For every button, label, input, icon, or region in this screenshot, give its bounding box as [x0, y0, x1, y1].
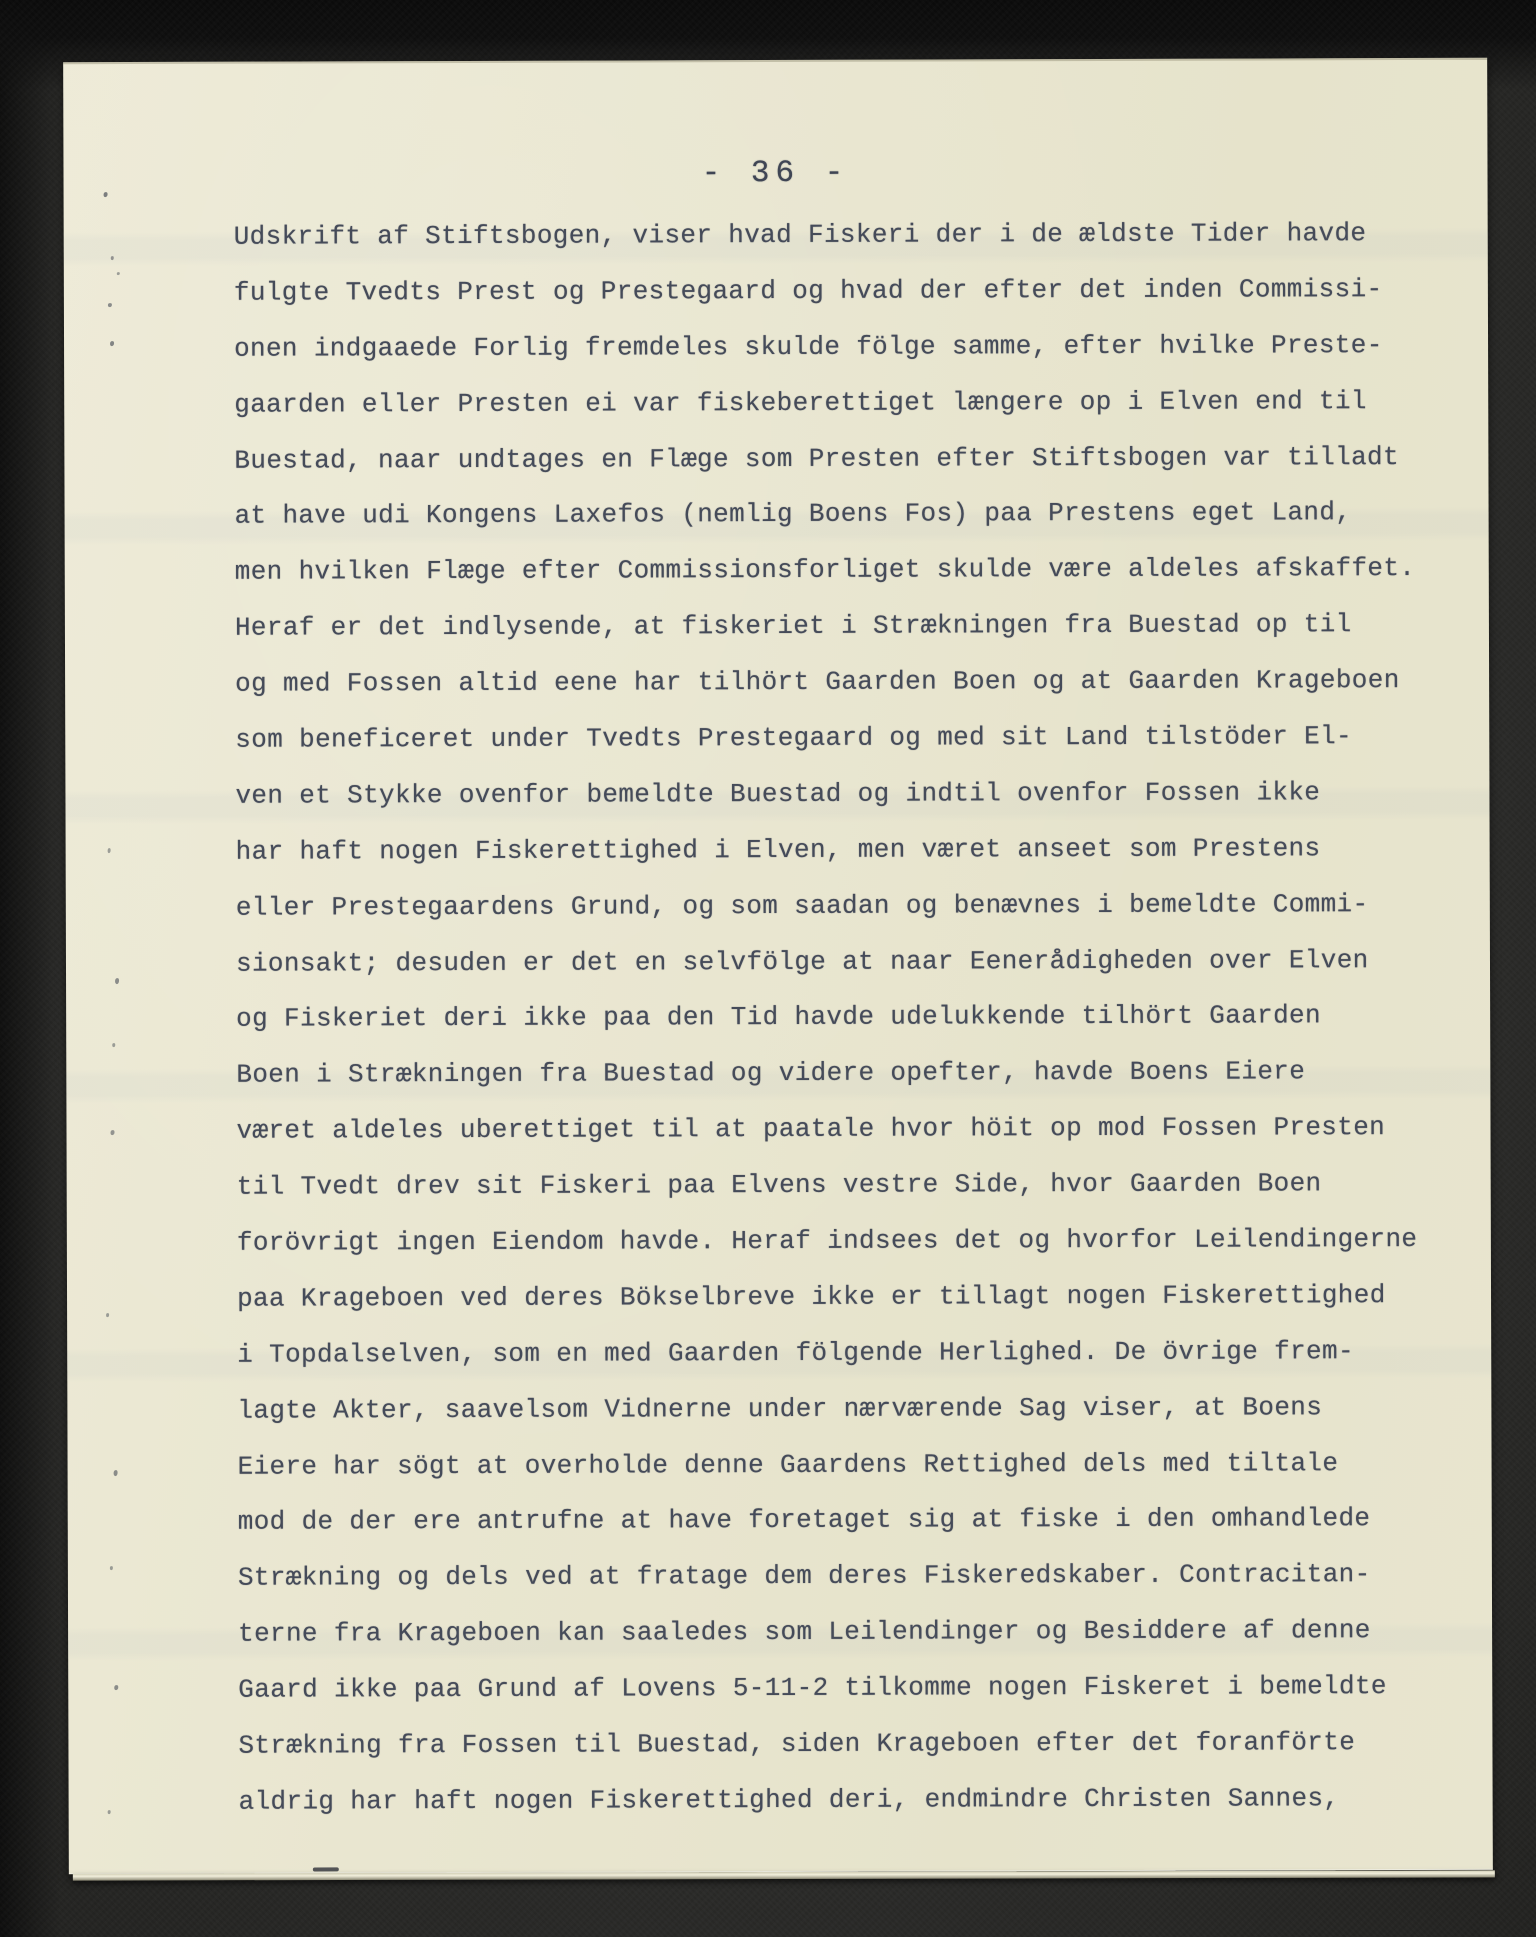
text-line: mod de der ere antrufne at have foretage… — [238, 1491, 1478, 1551]
margin-speck — [114, 1470, 118, 1476]
margin-speck — [110, 341, 114, 346]
text-line: til Tvedt drev sit Fiskeri paa Elvens ve… — [237, 1156, 1477, 1216]
document-page: - 36 - Udskrift af Stiftsbogen, viser hv… — [63, 58, 1493, 1874]
margin-speck — [108, 1810, 111, 1814]
text-line: som beneficeret under Tvedts Prestegaard… — [235, 709, 1475, 769]
text-line: paa Krageboen ved deres Bökselbreve ikke… — [237, 1268, 1477, 1328]
text-line: terne fra Krageboen kan saaledes som Lei… — [238, 1603, 1478, 1663]
margin-speck — [112, 1043, 115, 1047]
margin-speck — [106, 1313, 109, 1317]
text-line: har haft nogen Fiskerettighed i Elven, m… — [236, 821, 1476, 881]
text-line: været aldeles uberettiget til at paatale… — [236, 1100, 1476, 1160]
margin-speck — [111, 256, 114, 260]
margin-speck — [114, 1685, 118, 1690]
text-line: og med Fossen altid eene har tilhört Gaa… — [235, 653, 1475, 713]
text-line: Strækning fra Fossen til Buestad, siden … — [238, 1715, 1478, 1775]
text-line: gaarden eller Presten ei var fiskeberett… — [234, 373, 1474, 433]
margin-speck — [104, 192, 108, 197]
text-line: Buestad, naar undtages en Flæge som Pres… — [234, 429, 1474, 489]
text-line: Udskrift af Stiftsbogen, viser hvad Fisk… — [234, 206, 1474, 266]
margin-speck — [108, 303, 112, 307]
margin-speck — [110, 1566, 113, 1570]
body-text-block: Udskrift af Stiftsbogen, viser hvad Fisk… — [234, 206, 1479, 1831]
margin-speck — [117, 272, 120, 275]
text-line: i Topdalselven, som en med Gaarden fölge… — [237, 1324, 1477, 1384]
text-line: aldrig har haft nogen Fiskerettighed der… — [239, 1771, 1479, 1831]
margin-speck — [115, 978, 119, 984]
margin-speck — [111, 1130, 115, 1135]
margin-speck — [108, 848, 111, 853]
bottom-edge-mark — [313, 1867, 339, 1871]
text-line: eller Prestegaardens Grund, og som saada… — [236, 876, 1476, 936]
page-number: - 36 - — [63, 154, 1487, 193]
text-line: fulgte Tvedts Prest og Prestegaard og hv… — [234, 262, 1474, 322]
text-line: Strækning og dels ved at fratage dem der… — [238, 1547, 1478, 1607]
text-line: Heraf er det indlysende, at fiskeriet i … — [235, 597, 1475, 657]
text-line: Eiere har sögt at overholde denne Gaarde… — [237, 1435, 1477, 1495]
text-line: men hvilken Flæge efter Commissionsforli… — [235, 541, 1475, 601]
text-line: Boen i Strækningen fra Buestad og videre… — [236, 1044, 1476, 1104]
text-line: ven et Stykke ovenfor bemeldte Buestad o… — [235, 765, 1475, 825]
text-line: onen indgaaede Forlig fremdeles skulde f… — [234, 318, 1474, 378]
text-line: Gaard ikke paa Grund af Lovens 5-11-2 ti… — [238, 1659, 1478, 1719]
scan-background: - 36 - Udskrift af Stiftsbogen, viser hv… — [0, 0, 1536, 1937]
text-line: lagte Akter, saavelsom Vidnerne under næ… — [237, 1380, 1477, 1440]
text-line: sionsakt; desuden er det en selvfölge at… — [236, 932, 1476, 992]
text-line: forövrigt ingen Eiendom havde. Heraf ind… — [237, 1212, 1477, 1272]
text-line: at have udi Kongens Laxefos (nemlig Boen… — [234, 485, 1474, 545]
text-line: og Fiskeriet deri ikke paa den Tid havde… — [236, 988, 1476, 1048]
